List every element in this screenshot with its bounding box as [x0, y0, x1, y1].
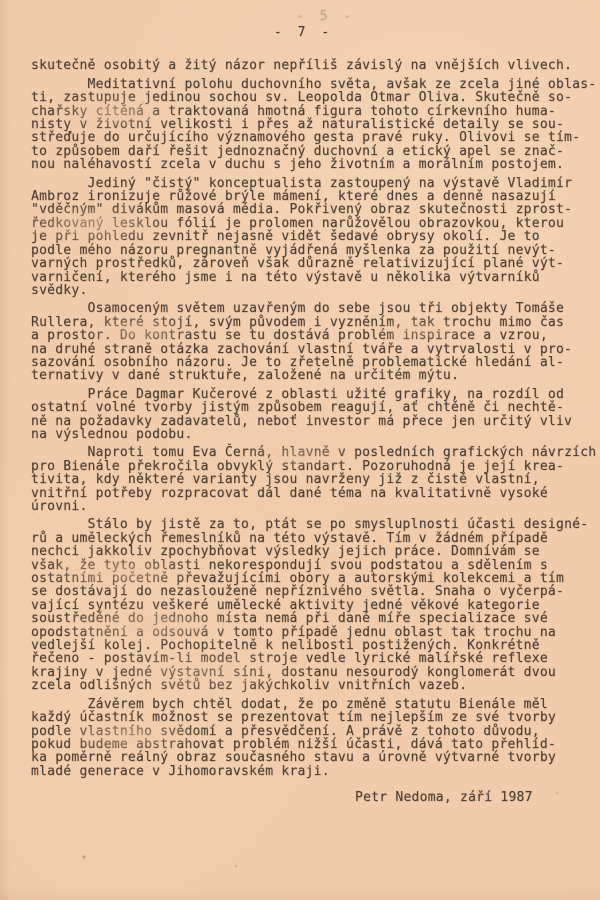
signature-line: Petr Nedoma, září 1987 — [31, 791, 600, 804]
paragraph-8: Závěrem bych chtěl dodat, že po změně st… — [31, 698, 600, 778]
paragraph-7: Stálo by jistě za to, ptát se po smyslup… — [31, 518, 600, 692]
paragraph-5: Práce Dagmar Kučerové z oblasti užité gr… — [31, 388, 600, 442]
paragraph-3: Jediný "čistý" konceptualista zastoupený… — [31, 177, 600, 298]
paragraph-4: Osamoceným světem uzavřeným do sebe jsou… — [31, 302, 600, 382]
ghost-page-number: - 5 - — [41, 10, 600, 26]
document-body: skutečně osobitý a žitý názor nepříliš z… — [31, 59, 600, 778]
page-number: - 7 - — [19, 26, 588, 39]
paragraph-2: Meditativní polohu duchovního světa, avš… — [31, 78, 600, 172]
scanned-document-page: - 5 - - 7 - skutečně osobitý a žitý názo… — [0, 0, 600, 900]
page-content: - 5 - - 7 - skutečně osobitý a žitý názo… — [0, 0, 600, 805]
paragraph-1: skutečně osobitý a žitý názor nepříliš z… — [31, 59, 600, 72]
paragraph-6: Naproti tomu Eva Černá, hlavně v posledn… — [31, 446, 600, 513]
